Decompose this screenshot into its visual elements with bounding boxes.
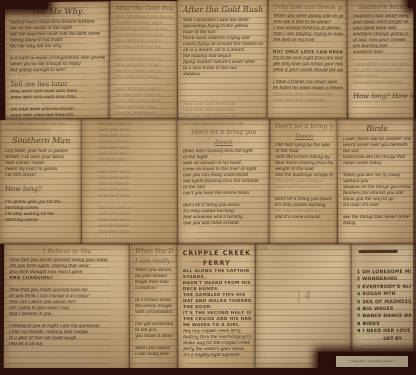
handwriting-line: mnu wem num mwe un bbox=[353, 80, 409, 86]
lyric-sheet-faint-notes: mn umw nue mwum nme umwmnw uem numnue mw… bbox=[82, 119, 178, 244]
page-number-mark: | 4 bbox=[261, 289, 347, 302]
handwriting-line: nue mw mnem uwn bbox=[115, 111, 173, 117]
handwriting-line: today. bbox=[343, 221, 411, 227]
lyric-sheet-after-the-gold-rush-draft: After the Gold RushWell I dreamed I saw … bbox=[110, 1, 179, 119]
line-gap bbox=[261, 253, 347, 265]
song-title: Only love can break your heart? bbox=[273, 4, 343, 12]
lyric-sheet-dont-let-it-bring-you-down-2: Don't let it bring youDownOld man lying … bbox=[270, 119, 339, 244]
handwriting-line: morning comes bbox=[5, 218, 77, 224]
handwriting-line: nm mue wnm umn ew bbox=[5, 128, 77, 134]
handwriting-line: How long? How long? bbox=[353, 92, 409, 101]
song-title: FERRY bbox=[183, 259, 251, 267]
lyric-sheet-cripple-creek-ferry: CRIPPLE CREEKFERRYALL ALONG THE CAPTAINS… bbox=[178, 244, 257, 370]
song-title: I Believe in You bbox=[9, 248, 125, 256]
lyric-sheet-after-the-gold-rush: After the Gold RushWell I dreamed I saw … bbox=[178, 0, 268, 119]
song-title: Don't let it bring you bbox=[183, 129, 265, 137]
song-title: CRIPPLE CREEK bbox=[183, 249, 251, 257]
lyric-sheet-only-love-can-break-your-heart: Only love can break your heart?When you … bbox=[268, 0, 349, 119]
handwriting-line: nm mue wnm umn ew of a lie bbox=[183, 122, 265, 128]
song-title: I can really love bbox=[135, 258, 173, 266]
track-list-item: GET BY bbox=[357, 335, 411, 343]
handwriting-line: I can really love bbox=[135, 352, 173, 358]
ink-bar bbox=[359, 250, 398, 253]
song-title: After the Gold Rush bbox=[115, 5, 173, 13]
song-title: When You Dance bbox=[135, 248, 173, 256]
song-title: Southern Man bbox=[353, 4, 409, 12]
handwriting-line: umw nem mnu wum enw bbox=[273, 98, 343, 104]
handwriting-line: and you will come around bbox=[183, 221, 265, 227]
line-gap bbox=[261, 265, 347, 277]
track-list-item: 9 I NEED HER LOVE TO bbox=[357, 328, 411, 336]
song-title: Down bbox=[183, 139, 265, 147]
handwriting-line: with circumstance bbox=[135, 310, 173, 316]
handwriting-line: mnu wem num bbox=[98, 230, 173, 236]
track-list-sheet: 1 OH LONESOME ME2 WONDERING3 EVERYBODY'S… bbox=[352, 244, 416, 354]
handwriting-line: How long? bbox=[5, 185, 77, 194]
song-title: Down bbox=[275, 133, 333, 141]
lyric-sheet-i-believe-in-you: I Believe in YouNow that you found yours… bbox=[4, 244, 130, 370]
lyric-manuscript-photo: Tell Me WhySailing heart ships thru brok… bbox=[0, 0, 416, 375]
lyric-sheet-southern-man-draft: Southern ManSouthern man better keepyour… bbox=[348, 0, 415, 119]
lyric-sheet-blank-page-4: Till| 4 bbox=[256, 244, 352, 368]
handwriting-line: it's a mighty tight squeeze bbox=[183, 353, 251, 359]
lyric-sheet-dont-let-it-bring-you-down: nm mue wnm umn ew of a lieDon't let it b… bbox=[178, 119, 271, 244]
caption-label: (illegible printed label) bbox=[336, 356, 408, 367]
lyric-sheet-when-you-dance: When You DanceI can really loveWhen you … bbox=[130, 244, 178, 370]
lyric-sheet-birds: BirdsLover, there will be another onewho… bbox=[338, 119, 416, 244]
lyric-sheet-tell-me-why: Tell Me WhySailing heart ships thru brok… bbox=[4, 2, 110, 120]
line-gap bbox=[183, 78, 263, 90]
song-title: Birds bbox=[343, 123, 411, 134]
song-title: Southern Man bbox=[5, 135, 77, 146]
handwriting-line: and let it all out bbox=[9, 342, 125, 348]
line-gap bbox=[261, 277, 347, 289]
line-gap bbox=[357, 257, 411, 269]
handwriting-line: you made it show bbox=[135, 334, 173, 340]
line-gap bbox=[183, 90, 263, 102]
handwriting-line: what if your world should fall apart? bbox=[273, 68, 343, 74]
song-title: Tell Me Why bbox=[10, 6, 105, 18]
lyric-sheet-southern-man-till-the-morning-comes: umw nem mnu wum enw mnnm mue wnm umn ewS… bbox=[0, 119, 82, 244]
handwriting-line: and it's come around. bbox=[275, 215, 333, 221]
track-list-item: 7 DANCE DANCE DANCE bbox=[357, 313, 411, 321]
song-title: After the Gold Rush bbox=[183, 4, 263, 15]
song-title: Don't let it bring you bbox=[275, 123, 333, 131]
